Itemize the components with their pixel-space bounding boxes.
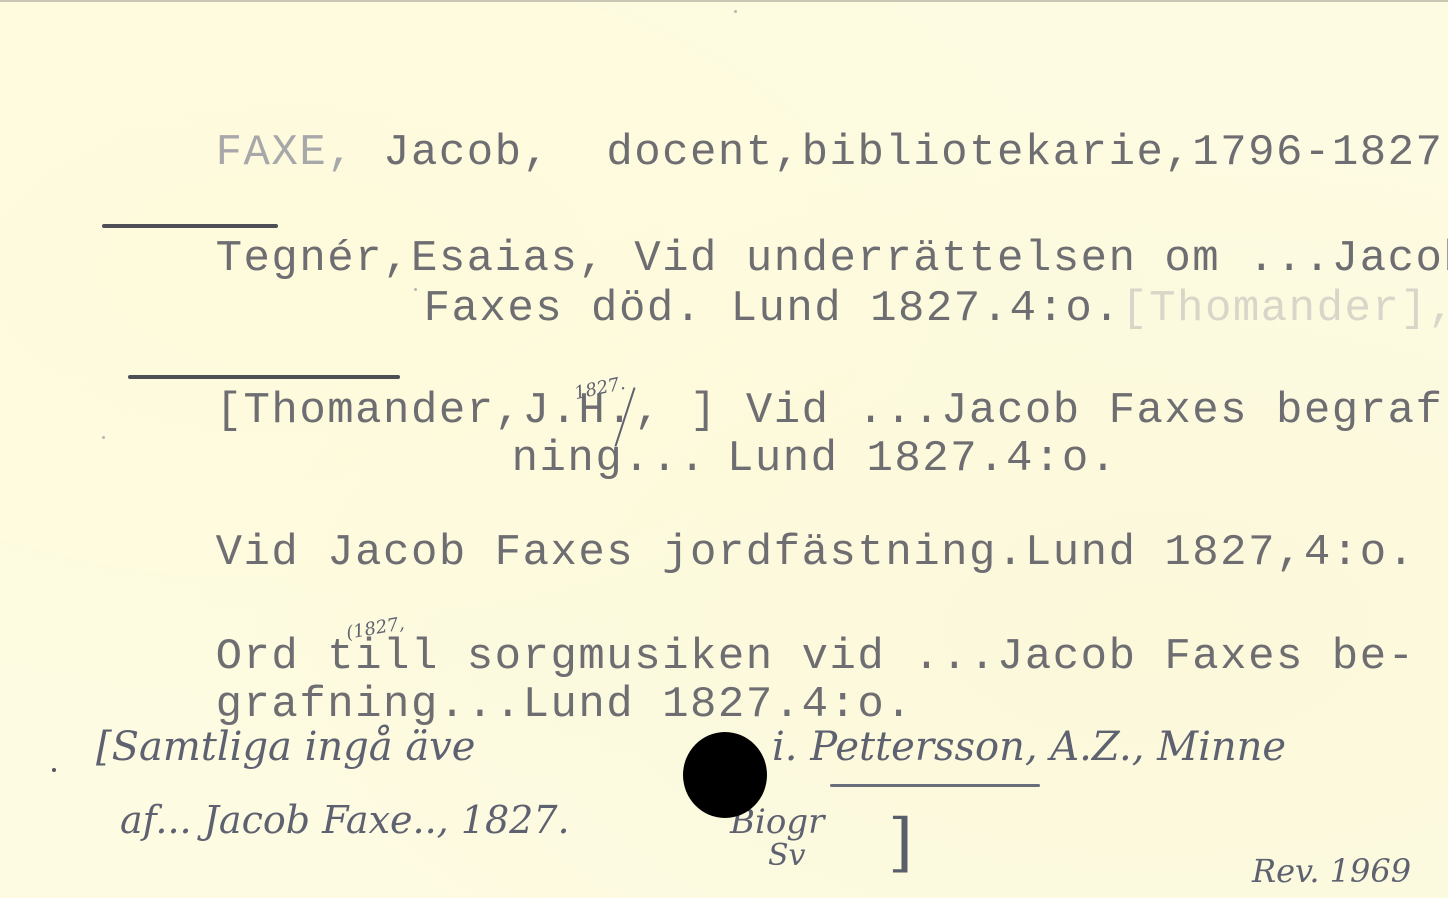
pencil-note-line-2a: af... Jacob Faxe.., 1827. xyxy=(120,798,570,842)
pencil-author-underline xyxy=(830,784,1040,787)
speck xyxy=(414,288,417,291)
entry-1-faded-note: [Thomander], xyxy=(1121,284,1448,334)
heading-surname: FAXE, xyxy=(216,128,356,178)
entry-1-author-underline xyxy=(102,224,278,228)
entry-3-title: Vid Jacob Faxes jordfästning.Lund 1827,4… xyxy=(216,528,1416,578)
entry-2-author-underline xyxy=(128,375,400,379)
speck xyxy=(734,10,737,13)
speck xyxy=(102,436,105,439)
revision-mark: Rev. 1969 xyxy=(1252,852,1411,890)
entry-4-title-end: grafning... xyxy=(216,680,523,730)
entry-2-bracket: [ xyxy=(216,386,244,436)
entry-1-title-end: Faxes död. Lund 1827.4:o. xyxy=(424,284,1122,334)
pencil-note-bracket-close: ] xyxy=(888,806,913,880)
entry-4-imprint: Lund 1827.4:o. xyxy=(523,680,914,730)
pencil-note-line-1b: i. Pettersson, A.Z., Minne xyxy=(772,724,1286,770)
entry-2-title-end: ning... xyxy=(512,434,707,484)
entry-2-imprint: Lund 1827.4:o. xyxy=(727,434,1118,484)
pencil-note-line-1a: [Samtliga ingå äve xyxy=(96,724,475,770)
margin-dot xyxy=(52,768,56,772)
catalog-card: FAXE, Jacob, docent,bibliotekarie,1796-1… xyxy=(0,0,1448,898)
pencil-note-line-3: Sv xyxy=(768,838,806,873)
heading-description: docent,bibliotekarie,1796-1827. xyxy=(606,128,1448,178)
punch-hole xyxy=(683,732,767,818)
heading-given-name: Jacob, xyxy=(383,128,550,178)
